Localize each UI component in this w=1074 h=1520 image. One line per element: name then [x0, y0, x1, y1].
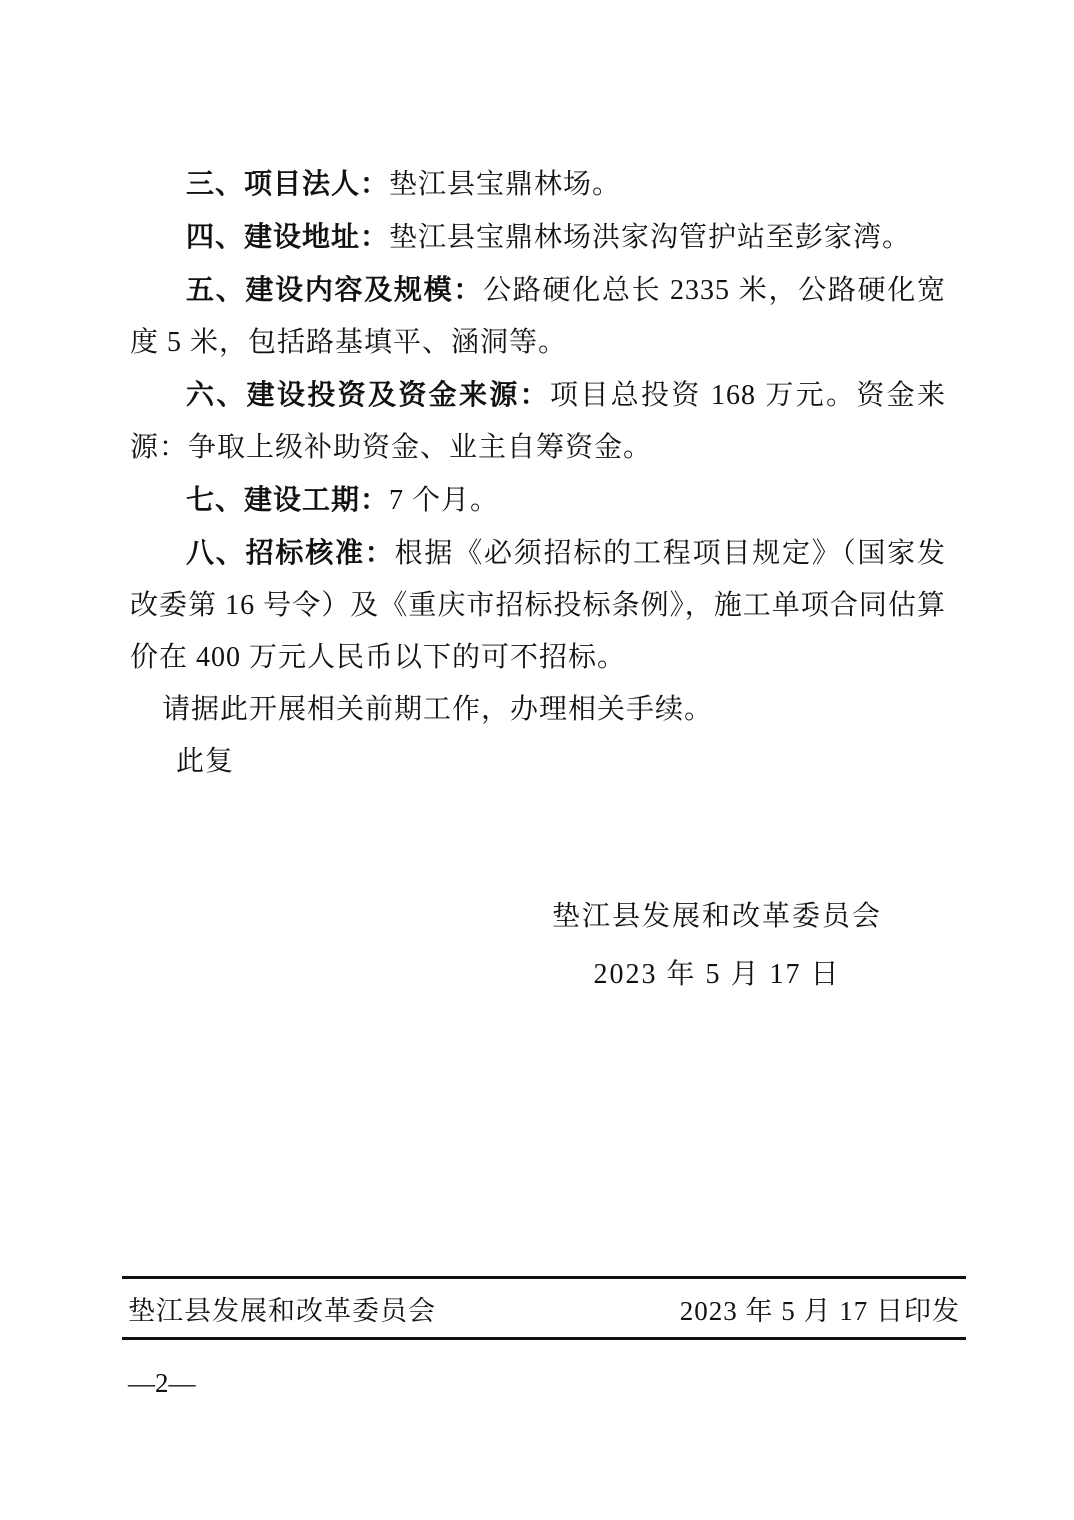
- closing-phrase: 此复: [130, 736, 946, 788]
- footer-bar: 垫江县发展和改革委员会 2023 年 5 月 17 日印发: [122, 1276, 966, 1340]
- signature-block: 垫江县发展和改革委员会 2023 年 5 月 17 日: [532, 888, 902, 1004]
- signature-date: 2023 年 5 月 17 日: [532, 946, 902, 1004]
- paragraph-item-6: 六、建设投资及资金来源：项目总投资 168 万元。资金来源：争取上级补助资金、业…: [130, 369, 946, 474]
- paragraph-heading: 六、建设投资及资金来源：: [186, 379, 550, 410]
- paragraph-heading: 八、招标核准：: [186, 537, 395, 568]
- paragraph-item-3: 三、项目法人：垫江县宝鼎林场。: [130, 158, 946, 211]
- document-page: 三、项目法人：垫江县宝鼎林场。 四、建设地址：垫江县宝鼎林场洪家沟管护站至彭家湾…: [0, 0, 1074, 1520]
- paragraph-heading: 三、项目法人：: [186, 168, 389, 199]
- document-body: 三、项目法人：垫江县宝鼎林场。 四、建设地址：垫江县宝鼎林场洪家沟管护站至彭家湾…: [130, 158, 946, 1004]
- signature-org: 垫江县发展和改革委员会: [532, 888, 902, 946]
- paragraph-text: 垫江县宝鼎林场。: [389, 169, 621, 200]
- footer-print-date: 2023 年 5 月 17 日印发: [680, 1289, 960, 1328]
- page-number: —2—: [128, 1368, 196, 1399]
- paragraph-item-5: 五、建设内容及规模：公路硬化总长 2335 米，公路硬化宽度 5 米，包括路基填…: [130, 264, 946, 369]
- closing-request: 请据此开展相关前期工作，办理相关手续。: [130, 684, 946, 736]
- paragraph-text: 7 个月。: [389, 485, 499, 516]
- paragraph-text: 垫江县宝鼎林场洪家沟管护站至彭家湾。: [389, 222, 911, 253]
- paragraph-item-8: 八、招标核准：根据《必须招标的工程项目规定》（国家发改委第 16 号令）及《重庆…: [130, 527, 946, 684]
- footer-issuer: 垫江县发展和改革委员会: [128, 1289, 436, 1328]
- paragraph-heading: 五、建设内容及规模：: [186, 274, 483, 305]
- paragraph-item-7: 七、建设工期：7 个月。: [130, 474, 946, 527]
- paragraph-item-4: 四、建设地址：垫江县宝鼎林场洪家沟管护站至彭家湾。: [130, 211, 946, 264]
- paragraph-heading: 四、建设地址：: [186, 221, 389, 252]
- paragraph-heading: 七、建设工期：: [186, 484, 389, 515]
